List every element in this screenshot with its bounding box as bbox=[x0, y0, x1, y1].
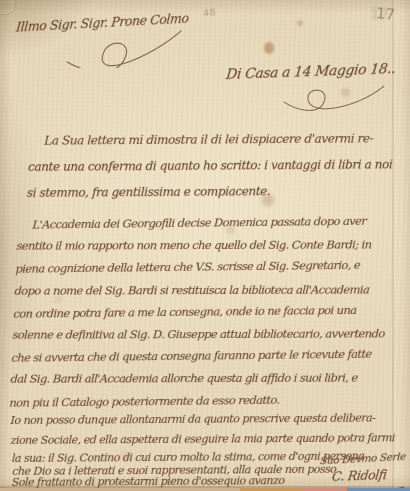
foxing-stain bbox=[297, 20, 303, 26]
flourish-swirl-icon bbox=[278, 84, 388, 114]
handwritten-line: non piu il Catalogo posteriormente da es… bbox=[9, 387, 398, 414]
handwritten-line: zione Sociale, ed ella aspettera di eseg… bbox=[10, 431, 395, 447]
pencil-folio-number: 48 bbox=[202, 7, 216, 20]
flourish-swirl-icon bbox=[55, 28, 185, 68]
handwritten-line: che si avverta che di questa consegna fa… bbox=[11, 343, 400, 370]
handwritten-line: con ordine potra fare a me la consegna, … bbox=[13, 298, 402, 325]
handwritten-line: La Sua lettera mi dimostra il di lei dis… bbox=[29, 125, 410, 154]
handwritten-line: piena cognizione della lettera che V.S. … bbox=[15, 254, 404, 281]
letter-page: 48 17 Illmo Sigr. Sigr. Prone Colmo Di C… bbox=[0, 0, 410, 491]
letter-body: La Sua lettera mi dimostra il di lei dis… bbox=[0, 121, 410, 491]
dateline: Di Casa a 14 Maggio 18.. bbox=[225, 61, 396, 83]
foxing-stain bbox=[264, 42, 274, 54]
handwritten-line: cante una conferma di quanto ho scritto:… bbox=[27, 151, 408, 180]
handwritten-line: si stemmo, fra gentilissima e compiacent… bbox=[26, 177, 407, 206]
handwritten-line: dal Sig. Bardi all'Accademia allorche qu… bbox=[10, 367, 399, 391]
salutation-line: Illmo Sigr. Sigr. Prone Colmo bbox=[15, 10, 189, 34]
handwritten-line: Io non posso dunque allontanarmi da quan… bbox=[10, 411, 375, 427]
signature: C. Ridolfi bbox=[331, 467, 388, 484]
paper-fold-line bbox=[392, 0, 394, 491]
foxing-stain bbox=[341, 88, 350, 97]
paragraph-1: La Sua lettera mi dimostra il di lei dis… bbox=[26, 125, 410, 206]
handwritten-line: L'Accademia dei Georgofili decise Domeni… bbox=[17, 209, 406, 236]
paragraph-2: L'Accademia dei Georgofili decise Domeni… bbox=[9, 210, 406, 413]
embossed-seal-icon bbox=[0, 0, 15, 15]
